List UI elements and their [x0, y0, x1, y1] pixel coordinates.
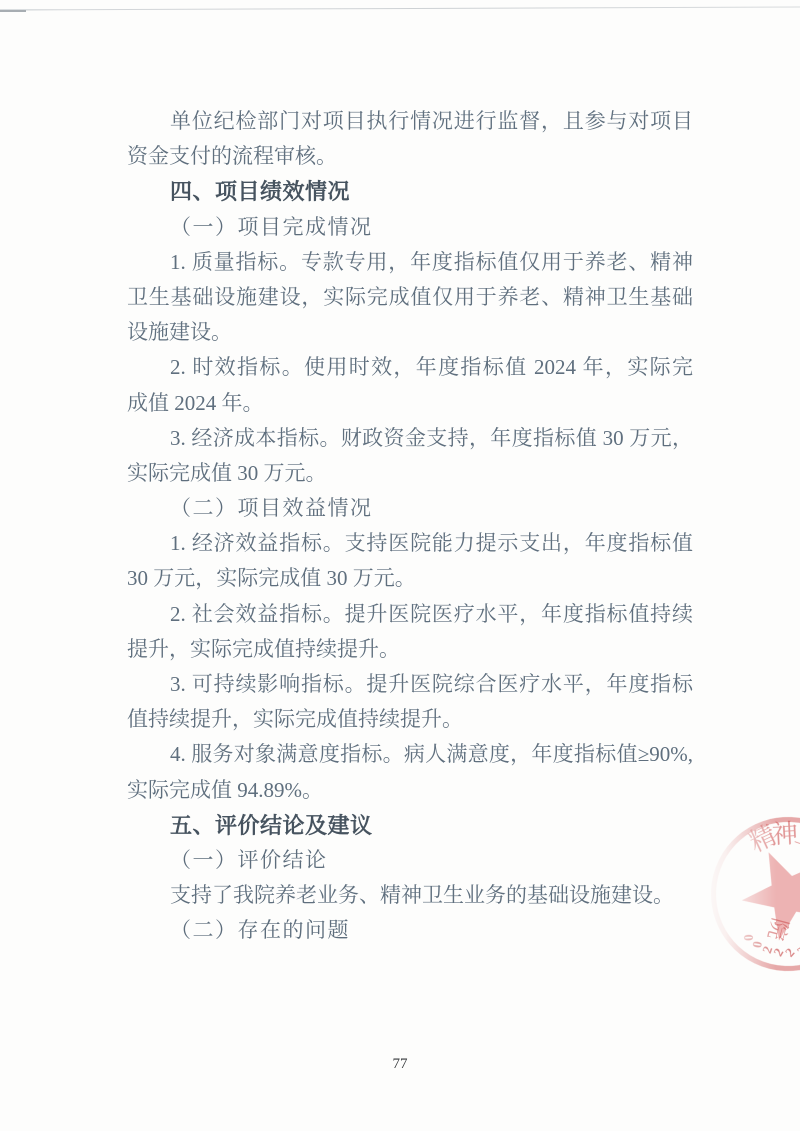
scan-artifact-dash — [0, 10, 26, 12]
text-line: 卫生基础设施建设，实际完成值仅用于养老、精神卫生基础 — [127, 280, 693, 315]
section-heading: 四、项目绩效情况 — [127, 174, 693, 209]
text-line: 成值 2024 年。 — [127, 386, 693, 421]
text-line: 1. 经济效益指标。支持医院能力提示支出，年度指标值 — [127, 526, 693, 561]
subsection-heading: （一）评价结论 — [127, 843, 693, 878]
text-line: 实际完成值 30 万元。 — [127, 456, 693, 491]
text-line: 值持续提升，实际完成值持续提升。 — [127, 702, 693, 737]
scanned-document-page: 单位纪检部门对项目执行情况进行监督，且参与对项目 资金支付的流程审核。 四、项目… — [0, 0, 800, 1131]
text-line: 2. 社会效益指标。提升医院医疗水平，年度指标值持续 — [127, 597, 693, 632]
text-line: 提升，实际完成值持续提升。 — [127, 632, 693, 667]
text-line: 实际完成值 94.89%。 — [127, 773, 693, 808]
text-line: 设施建设。 — [127, 315, 693, 350]
text-line: 支持了我院养老业务、精神卫生业务的基础设施建设。 — [127, 878, 693, 913]
document-text: 单位纪检部门对项目执行情况进行监督，且参与对项目 资金支付的流程审核。 四、项目… — [127, 104, 693, 949]
text-line: 资金支付的流程审核。 — [127, 139, 693, 174]
seal-ink-fade — [698, 798, 776, 998]
text-line: 3. 经济成本指标。财政资金支持，年度指标值 30 万元， — [127, 421, 693, 456]
subsection-heading: （一）项目完成情况 — [127, 210, 693, 245]
text-line: 单位纪检部门对项目执行情况进行监督，且参与对项目 — [127, 104, 693, 139]
text-line: 2. 时效指标。使用时效，年度指标值 2024 年，实际完 — [127, 350, 693, 385]
text-line: 30 万元，实际完成值 30 万元。 — [127, 561, 693, 596]
page-number: 77 — [0, 1056, 800, 1073]
text-line: 1. 质量指标。专款专用，年度指标值仅用于养老、精神 — [127, 245, 693, 280]
section-heading: 五、评价结论及建议 — [127, 808, 693, 843]
scan-artifact-line — [0, 6, 800, 10]
subsection-heading: （二）存在的问题 — [127, 913, 693, 948]
text-line: 3. 可持续影响指标。提升医院综合医疗水平，年度指标 — [127, 667, 693, 702]
subsection-heading: （二）项目效益情况 — [127, 491, 693, 526]
text-line: 4. 服务对象满意度指标。病人满意度，年度指标值≥90%, — [127, 737, 693, 772]
